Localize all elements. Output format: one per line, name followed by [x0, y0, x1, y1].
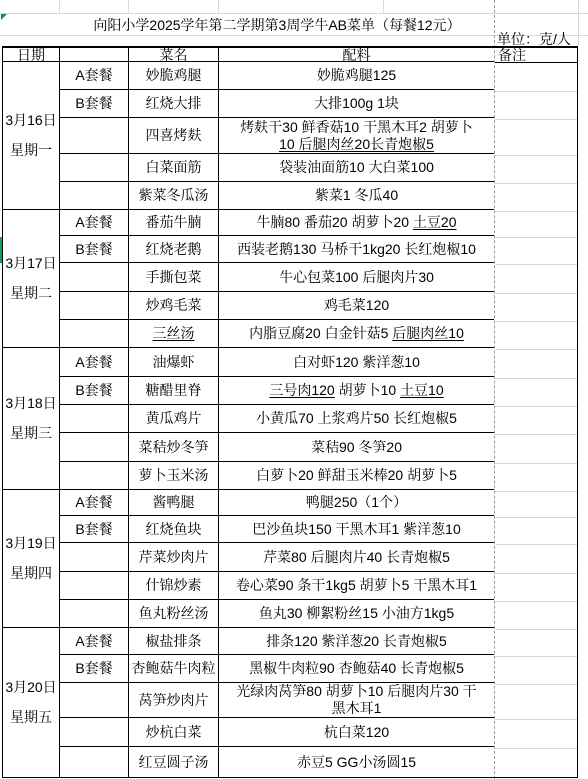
meal-cell[interactable] — [60, 118, 129, 154]
ingredients-line: 光绿肉莴笋80 胡萝卜10 后腿肉片30 干 — [236, 683, 476, 700]
date-text: 3月19日 — [5, 535, 56, 552]
meal-cell[interactable] — [60, 292, 129, 320]
ingredients-cell[interactable]: 西装老鹅130 马桥干1kg20 长红炮椒10 — [219, 236, 494, 263]
ingredients-line: 烤麸干30 鲜香菇10 干黑木耳2 胡萝卜 — [240, 119, 473, 136]
ingredients-cell[interactable]: 袋装油面筋10 大白菜100 — [219, 154, 494, 182]
dish-cell[interactable]: 红烧大排 — [129, 90, 219, 118]
gridline — [495, 573, 577, 574]
text: 红烧大排 — [146, 95, 202, 112]
meal-cell[interactable] — [60, 405, 129, 433]
date-cell[interactable]: 3月17日星期二 — [3, 210, 60, 348]
weekday-text: 星期三 — [10, 425, 52, 442]
ingredients-cell[interactable]: 光绿肉莴笋80 胡萝卜10 后腿肉片30 干黑木耳1 — [219, 683, 494, 718]
dish-cell[interactable]: 红烧老鹅 — [129, 236, 219, 263]
text: 烤麸干30 鲜香菇10 干黑木耳2 胡萝卜 — [240, 119, 473, 135]
ingredients-cell[interactable]: 鸭腿250（1个） — [219, 490, 494, 516]
weekday-text: 星期五 — [10, 709, 52, 726]
gridline — [495, 211, 577, 212]
text: 袋装油面筋10 大白菜100 — [279, 159, 434, 175]
ingredients-cell[interactable]: 紫菜1 冬瓜40 — [219, 182, 494, 210]
text: 鱼丸粉丝汤 — [139, 605, 209, 622]
gridline — [495, 293, 577, 294]
text: 鸭腿250（1个） — [306, 494, 407, 510]
ingredients-line: 大排100g 1块 — [314, 95, 399, 112]
note-column[interactable]: 备注 — [495, 46, 578, 778]
text: 白菜面筋 — [146, 159, 202, 176]
meal-cell[interactable] — [60, 462, 129, 490]
header-ingredients[interactable]: 配料 — [219, 48, 494, 62]
date-text: 3月18日 — [5, 395, 56, 412]
meal-cell[interactable] — [60, 320, 129, 348]
text: 椒盐排条 — [146, 633, 202, 650]
gridline — [578, 0, 579, 46]
weekday-text: 星期四 — [10, 565, 52, 582]
dish-cell[interactable]: 四喜烤麸 — [129, 118, 219, 154]
gridline — [495, 321, 577, 322]
dish-cell[interactable]: 红豆圆子汤 — [129, 747, 219, 777]
text: 牛心包菜100 后腿肉片30 — [279, 269, 434, 285]
text: 莴笋炒肉片 — [139, 692, 209, 709]
ingredients-line: 鸭腿250（1个） — [306, 494, 407, 511]
ingredients-line: 鸡毛菜120 — [324, 297, 389, 314]
dish-cell[interactable]: 菜秸炒冬笋 — [129, 433, 219, 462]
ingredients-cell[interactable]: 巴沙鱼块150 干黑木耳1 紫洋葱10 — [219, 516, 494, 543]
dish-cell[interactable]: 三丝汤 — [129, 320, 219, 348]
ingredients-cell[interactable]: 牛心包菜100 后腿肉片30 — [219, 263, 494, 292]
dish-cell[interactable]: 酱鸭腿 — [129, 490, 219, 516]
meal-cell[interactable] — [60, 543, 129, 572]
underlined-text: 后腿肉丝10 — [392, 325, 464, 341]
meal-cell[interactable]: A套餐 — [60, 348, 129, 377]
text: 酱鸭腿 — [153, 494, 195, 511]
dish-cell[interactable]: 莴笋炒肉片 — [129, 683, 219, 718]
meal-cell[interactable]: B套餐 — [60, 90, 129, 118]
text: 糖醋里脊 — [146, 382, 202, 399]
ingredients-line: 白对虾120 紫洋葱10 — [293, 354, 420, 371]
gridline — [495, 517, 577, 518]
meal-cell[interactable]: A套餐 — [60, 62, 129, 90]
dish-cell[interactable]: 妙脆鸡腿 — [129, 62, 219, 90]
text: 巴沙鱼块150 干黑木耳1 紫洋葱10 — [252, 521, 461, 537]
text: 妙脆鸡腿125 — [317, 67, 396, 83]
text: 红烧老鹅 — [146, 241, 202, 258]
text: 番茄牛腩 — [146, 214, 202, 231]
text: 白对虾120 紫洋葱10 — [293, 354, 420, 370]
meal-cell[interactable]: A套餐 — [60, 628, 129, 655]
ingredients-line: 排条120 紫洋葱20 长青炮椒5 — [266, 633, 447, 650]
ingredients-cell[interactable]: 烤麸干30 鲜香菇10 干黑木耳2 胡萝卜10 后腿肉丝20长青炮椒5 — [219, 118, 494, 154]
ingredients-cell[interactable]: 鱼丸30 柳絮粉丝15 小油方1kg5 — [219, 600, 494, 628]
gridline — [495, 544, 577, 545]
gridline — [59, 0, 60, 13]
ingredients-cell[interactable]: 黑椒牛肉粒90 杏鲍菇40 长青炮椒5 — [219, 655, 494, 683]
meal-cell[interactable] — [60, 154, 129, 182]
ingredients-cell[interactable]: 妙脆鸡腿125 — [219, 62, 494, 90]
text: 黄瓜鸡片 — [146, 410, 202, 427]
ingredients-cell[interactable]: 牛腩80 番茄20 胡萝卜20 土豆20 — [219, 210, 494, 236]
meal-cell[interactable]: A套餐 — [60, 490, 129, 516]
ingredients-line: 妙脆鸡腿125 — [317, 67, 396, 84]
gridline — [495, 406, 577, 407]
dish-cell[interactable]: 杏鲍菇牛肉粒 — [129, 655, 219, 683]
note-header-cell[interactable]: 备注 — [495, 48, 577, 63]
dish-cell[interactable]: 黄瓜鸡片 — [129, 405, 219, 433]
dish-cell[interactable]: 紫菜冬瓜汤 — [129, 182, 219, 210]
sheet-title-cell[interactable]: 向阳小学2025学年第二学期第3周学牛AB菜单（每餐12元） — [59, 15, 495, 35]
text: 光绿肉莴笋80 胡萝卜10 后腿肉片30 干 — [236, 683, 476, 699]
ingredients-line: 卷心菜90 条干1kg5 胡萝卜5 干黑木耳1 — [236, 577, 477, 594]
text: 紫菜冬瓜汤 — [139, 187, 209, 204]
dish-cell[interactable]: 白菜面筋 — [129, 154, 219, 182]
text: 芹菜炒肉片 — [139, 549, 209, 566]
cell-error-marker-icon — [1, 14, 7, 20]
ingredients-line: 杭白菜120 — [324, 724, 389, 741]
text: 菜秸炒冬笋 — [139, 439, 209, 456]
text: 黑椒牛肉粒90 杏鲍菇40 长青炮椒5 — [249, 660, 464, 676]
header-dish[interactable]: 菜名 — [129, 48, 219, 62]
text: 杭白菜120 — [324, 724, 389, 740]
ingredients-cell[interactable]: 菜秸90 冬笋20 — [219, 433, 494, 462]
text: 杏鲍菇牛肉粒 — [132, 660, 216, 677]
gridline — [495, 491, 577, 492]
text: 小黄瓜70 上浆鸡片50 长红炮椒5 — [256, 410, 457, 426]
dish-cell[interactable]: 椒盐排条 — [129, 628, 219, 655]
ingredients-line: 鱼丸30 柳絮粉丝15 小油方1kg5 — [259, 605, 454, 622]
date-cell[interactable]: 3月16日星期一 — [3, 62, 60, 210]
dish-cell[interactable]: 油爆虾 — [129, 348, 219, 377]
ingredients-cell[interactable]: 卷心菜90 条干1kg5 胡萝卜5 干黑木耳1 — [219, 572, 494, 600]
text: 菜秸90 冬笋20 — [311, 439, 402, 455]
ingredients-cell[interactable]: 排条120 紫洋葱20 长青炮椒5 — [219, 628, 494, 655]
underlined-text: 10 后腿肉丝20长青炮椒5 — [279, 136, 434, 152]
gridline — [495, 237, 577, 238]
weekday-text: 星期一 — [10, 142, 52, 159]
ingredients-line: 赤豆5 GG小汤圆15 — [297, 754, 416, 771]
gridline — [495, 119, 577, 120]
ingredients-line: 巴沙鱼块150 干黑木耳1 紫洋葱10 — [252, 521, 461, 538]
ingredients-cell[interactable]: 白对虾120 紫洋葱10 — [219, 348, 494, 377]
weekday-text: 星期二 — [10, 285, 52, 302]
gridline — [218, 0, 219, 13]
gridline — [383, 0, 384, 13]
header-date[interactable]: 日期 — [3, 48, 60, 62]
meal-cell[interactable] — [60, 683, 129, 718]
dish-cell[interactable]: 炒杭白菜 — [129, 718, 219, 747]
dish-cell[interactable]: 红烧鱼块 — [129, 516, 219, 543]
date-text: 3月17日 — [5, 255, 56, 272]
ingredients-line: 黑椒牛肉粒90 杏鲍菇40 长青炮椒5 — [249, 660, 464, 677]
text: 妙脆鸡腿 — [146, 67, 202, 84]
text: 炒鸡毛菜 — [146, 297, 202, 314]
gridline — [495, 684, 577, 685]
gridline — [495, 748, 577, 749]
ingredients-cell[interactable]: 白萝卜20 鲜甜玉米棒20 胡萝卜5 — [219, 462, 494, 490]
meal-cell[interactable]: B套餐 — [60, 655, 129, 683]
ingredients-line: 内脂豆腐20 白金针菇5 后腿肉丝10 — [249, 325, 464, 342]
ingredients-line: 袋装油面筋10 大白菜100 — [279, 159, 434, 176]
text: 油爆虾 — [153, 354, 195, 371]
text: 红烧鱼块 — [146, 521, 202, 538]
ingredients-cell[interactable]: 赤豆5 GG小汤圆15 — [219, 747, 494, 777]
text: 卷心菜90 条干1kg5 胡萝卜5 干黑木耳1 — [236, 577, 477, 593]
text: 西装老鹅130 马桥干1kg20 长红炮椒10 — [237, 241, 476, 257]
ingredients-cell[interactable]: 芹菜80 后腿肉片40 长青炮椒5 — [219, 543, 494, 572]
dish-cell[interactable]: 手撕包菜 — [129, 263, 219, 292]
ingredients-line: 10 后腿肉丝20长青炮椒5 — [279, 136, 434, 153]
ingredients-cell[interactable]: 三号肉120 胡萝卜10 土豆10 — [219, 377, 494, 405]
gridline — [495, 656, 577, 657]
text: 排条120 紫洋葱20 长青炮椒5 — [266, 633, 447, 649]
text: 黑木耳1 — [332, 700, 382, 716]
meal-cell[interactable]: B套餐 — [60, 377, 129, 405]
meal-cell[interactable] — [60, 572, 129, 600]
ingredients-cell[interactable]: 鸡毛菜120 — [219, 292, 494, 320]
text: 萝卜玉米汤 — [139, 467, 209, 484]
text: 芹菜80 后腿肉片40 长青炮椒5 — [263, 549, 450, 565]
gridline — [495, 349, 577, 350]
meal-cell[interactable] — [60, 263, 129, 292]
gridline — [128, 0, 129, 13]
dish-cell[interactable]: 萝卜玉米汤 — [129, 462, 219, 490]
dish-cell[interactable]: 番茄牛腩 — [129, 210, 219, 236]
dish-cell[interactable]: 芹菜炒肉片 — [129, 543, 219, 572]
unit-label-cell[interactable]: 单位：克/人 — [497, 32, 571, 47]
ingredients-line: 黑木耳1 — [332, 700, 382, 717]
gridline — [495, 719, 577, 720]
meal-cell[interactable]: A套餐 — [60, 210, 129, 236]
text: 鸡毛菜120 — [324, 297, 389, 313]
ingredients-cell[interactable]: 大排100g 1块 — [219, 90, 494, 118]
ingredients-line: 紫菜1 冬瓜40 — [315, 187, 398, 204]
text: 赤豆5 GG小汤圆15 — [297, 754, 416, 770]
underlined-text: 三丝汤 — [153, 325, 195, 342]
ingredients-cell[interactable]: 小黄瓜70 上浆鸡片50 长红炮椒5 — [219, 405, 494, 433]
text: 红豆圆子汤 — [139, 754, 209, 771]
date-cell[interactable]: 3月18日星期三 — [3, 348, 60, 490]
ingredients-line: 三号肉120 胡萝卜10 土豆10 — [269, 382, 443, 399]
meal-cell[interactable] — [60, 747, 129, 777]
meal-cell[interactable] — [60, 718, 129, 747]
gridline — [495, 91, 577, 92]
text: 四喜烤麸 — [146, 127, 202, 144]
gridline — [495, 378, 577, 379]
ingredients-line: 牛腩80 番茄20 胡萝卜20 土豆20 — [257, 214, 457, 231]
ingredients-line: 白萝卜20 鲜甜玉米棒20 胡萝卜5 — [256, 467, 457, 484]
underlined-text: 土豆20 — [413, 214, 457, 230]
text: 内脂豆腐20 白金针菇5 — [249, 325, 392, 341]
ingredients-cell[interactable]: 杭白菜120 — [219, 718, 494, 747]
ingredients-cell[interactable]: 内脂豆腐20 白金针菇5 后腿肉丝10 — [219, 320, 494, 348]
dish-cell[interactable]: 什锦炒素 — [129, 572, 219, 600]
ingredients-line: 菜秸90 冬笋20 — [311, 439, 402, 456]
text: 什锦炒素 — [146, 577, 202, 594]
date-text: 3月20日 — [5, 679, 56, 696]
text: 牛腩80 番茄20 胡萝卜20 — [257, 214, 413, 230]
dish-cell[interactable]: 鱼丸粉丝汤 — [129, 600, 219, 628]
text: 胡萝卜10 — [335, 382, 400, 398]
text: 鱼丸30 柳絮粉丝15 小油方1kg5 — [259, 605, 454, 621]
gridline — [495, 434, 577, 435]
text: 炒杭白菜 — [146, 724, 202, 741]
meal-cell[interactable] — [60, 600, 129, 628]
ingredients-line: 西装老鹅130 马桥干1kg20 长红炮椒10 — [237, 241, 476, 258]
text: 手撕包菜 — [146, 269, 202, 286]
underlined-text: 土豆10 — [400, 382, 444, 398]
ingredients-line: 牛心包菜100 后腿肉片30 — [279, 269, 434, 286]
date-text: 3月16日 — [5, 112, 56, 129]
gridline — [495, 601, 577, 602]
text: 白萝卜20 鲜甜玉米棒20 胡萝卜5 — [256, 467, 457, 483]
header-meal[interactable] — [60, 48, 129, 62]
dish-cell[interactable]: 炒鸡毛菜 — [129, 292, 219, 320]
gridline — [495, 629, 577, 630]
gridline — [495, 155, 577, 156]
date-cell[interactable]: 3月19日星期四 — [3, 490, 60, 628]
dish-cell[interactable]: 糖醋里脊 — [129, 377, 219, 405]
gridline — [495, 463, 577, 464]
meal-cell[interactable] — [60, 433, 129, 462]
meal-cell[interactable]: B套餐 — [60, 236, 129, 263]
text: 大排100g 1块 — [314, 95, 399, 111]
meal-cell[interactable]: B套餐 — [60, 516, 129, 543]
ingredients-line: 芹菜80 后腿肉片40 长青炮椒5 — [263, 549, 450, 566]
gridline — [495, 183, 577, 184]
gridline — [495, 264, 577, 265]
meal-cell[interactable] — [60, 182, 129, 210]
ingredients-line: 小黄瓜70 上浆鸡片50 长红炮椒5 — [256, 410, 457, 427]
gridline — [0, 13, 588, 14]
date-cell[interactable]: 3月20日星期五 — [3, 628, 60, 777]
spreadsheet-canvas: 向阳小学2025学年第二学期第3周学牛AB菜单（每餐12元） 单位：克/人 日期… — [0, 0, 588, 779]
underlined-text: 三号肉120 — [269, 382, 334, 398]
text: 紫菜1 冬瓜40 — [315, 187, 398, 203]
menu-table: 日期菜名配料3月16日星期一A套餐妙脆鸡腿妙脆鸡腿125B套餐红烧大排大排100… — [2, 46, 497, 778]
